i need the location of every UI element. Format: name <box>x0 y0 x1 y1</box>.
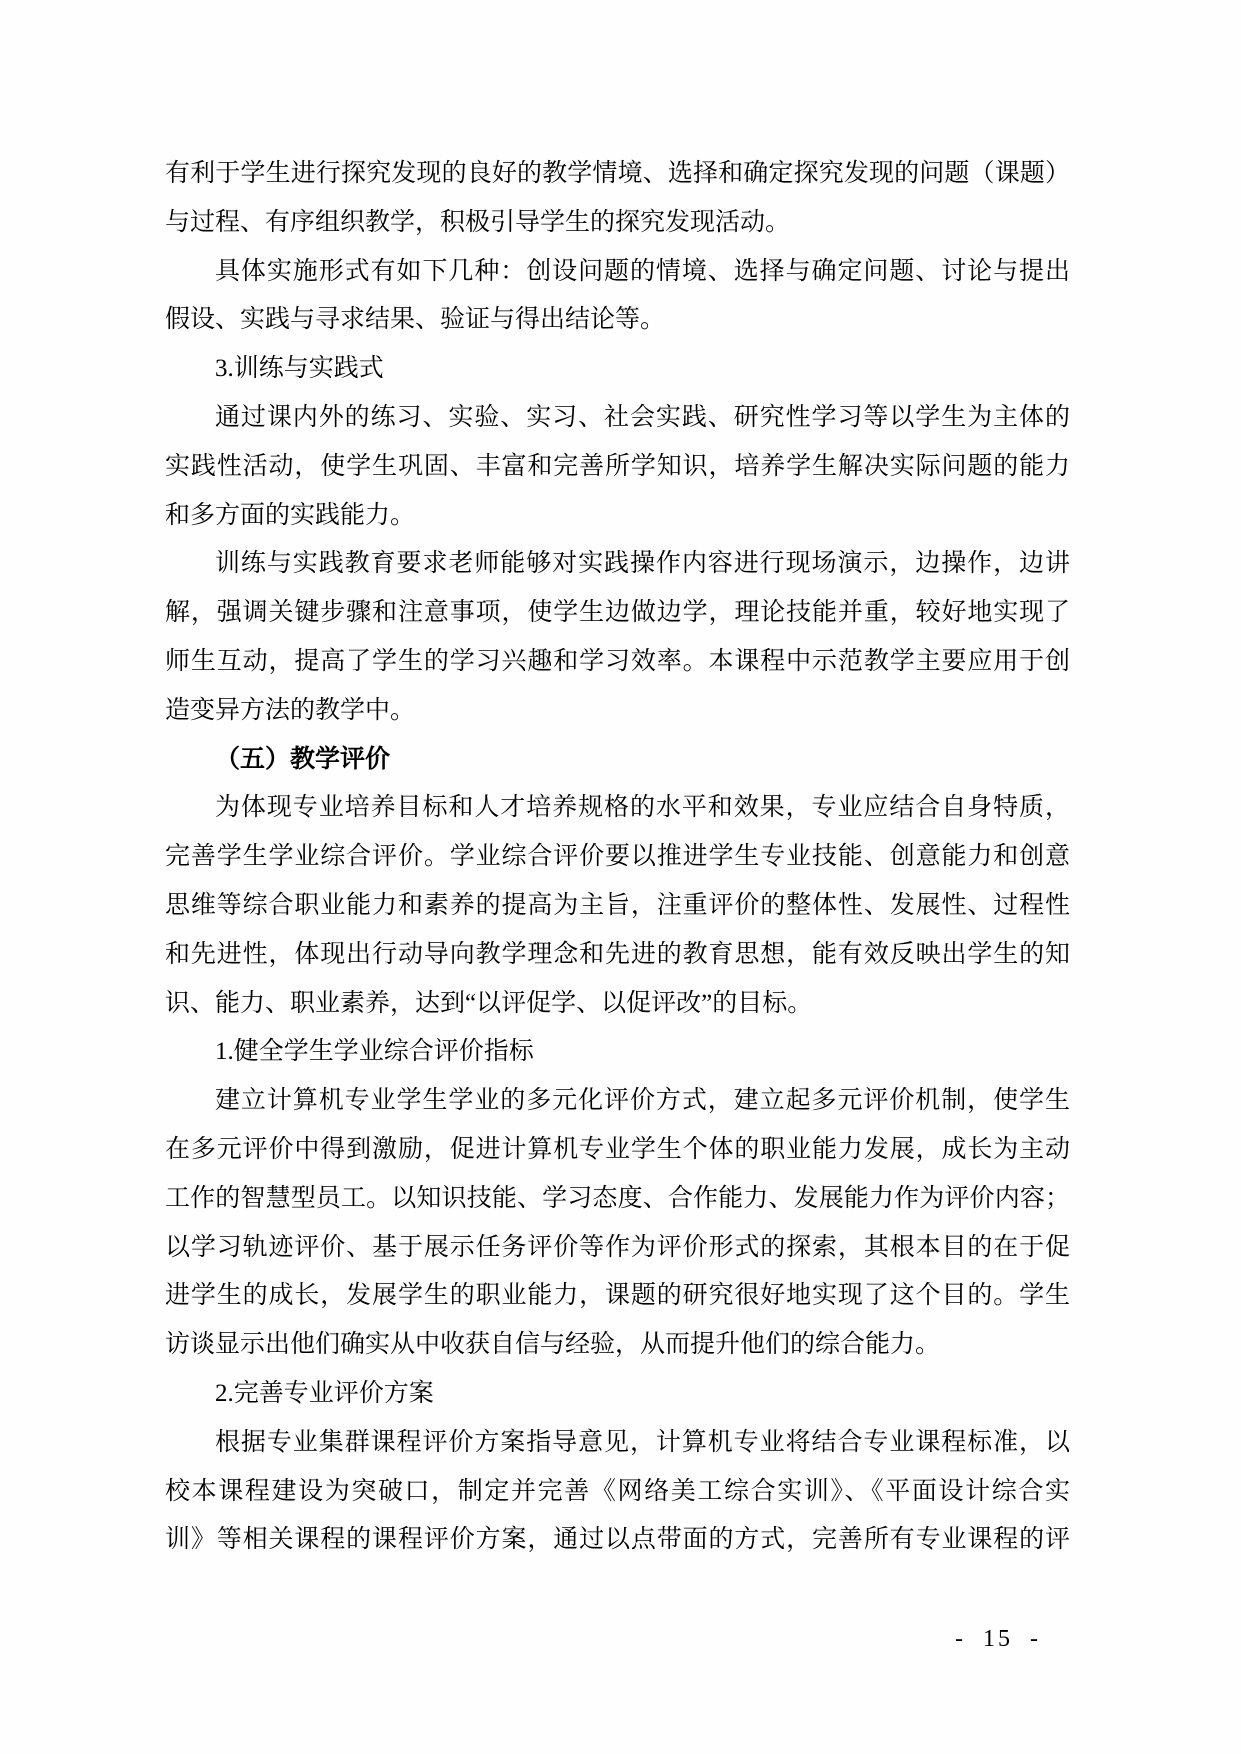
text-line: 以学习轨迹评价、基于展示任务评价等作为评价形式的探索，其根本目的在于促 <box>165 1224 1070 1273</box>
text-line: （五）教学评价 <box>165 736 1070 785</box>
text-line: 2.完善专业评价方案 <box>165 1370 1070 1419</box>
text-line: 与过程、有序组织教学，积极引导学生的探究发现活动。 <box>165 199 1070 248</box>
text-line: 为体现专业培养目标和人才培养规格的水平和效果，专业应结合自身特质， <box>165 784 1070 833</box>
text-line: 建立计算机专业学生学业的多元化评价方式，建立起多元评价机制，使学生 <box>165 1077 1070 1126</box>
text-line: 完善学生学业综合评价。学业综合评价要以推进学生专业技能、创意能力和创意 <box>165 833 1070 882</box>
text-line: 师生互动，提高了学生的学习兴趣和学习效率。本课程中示范教学主要应用于创 <box>165 638 1070 687</box>
text-line: 访谈显示出他们确实从中收获自信与经验，从而提升他们的综合能力。 <box>165 1321 1070 1370</box>
text-line: 通过课内外的练习、实验、实习、社会实践、研究性学习等以学生为主体的 <box>165 394 1070 443</box>
text-line: 在多元评价中得到激励，促进计算机专业学生个体的职业能力发展，成长为主动 <box>165 1126 1070 1175</box>
text-line: 校本课程建设为突破口，制定并完善《网络美工综合实训》、《平面设计综合实 <box>165 1468 1070 1517</box>
text-line: 训练与实践教育要求老师能够对实践操作内容进行现场演示，边操作，边讲 <box>165 540 1070 589</box>
text-line: 有利于学生进行探究发现的良好的教学情境、选择和确定探究发现的问题（课题） <box>165 150 1070 199</box>
text-line: 具体实施形式有如下几种：创设问题的情境、选择与确定问题、讨论与提出 <box>165 248 1070 297</box>
text-line: 工作的智慧型员工。以知识技能、学习态度、合作能力、发展能力作为评价内容； <box>165 1175 1070 1224</box>
text-line: 3.训练与实践式 <box>165 345 1070 394</box>
page-number: - 15 - <box>955 1626 1041 1653</box>
text-line: 思维等综合职业能力和素养的提高为主旨，注重评价的整体性、发展性、过程性 <box>165 882 1070 931</box>
text-line: 解，强调关键步骤和注意事项，使学生边做边学，理论技能并重，较好地实现了 <box>165 589 1070 638</box>
text-line: 假设、实践与寻求结果、验证与得出结论等。 <box>165 296 1070 345</box>
document-page: 有利于学生进行探究发现的良好的教学情境、选择和确定探究发现的问题（课题）与过程、… <box>0 0 1241 1754</box>
text-line: 造变异方法的教学中。 <box>165 687 1070 736</box>
text-line: 进学生的成长，发展学生的职业能力，课题的研究很好地实现了这个目的。学生 <box>165 1272 1070 1321</box>
text-line: 训》等相关课程的课程评价方案，通过以点带面的方式，完善所有专业课程的评 <box>165 1516 1070 1565</box>
text-line: 和先进性，体现出行动导向教学理念和先进的教育思想，能有效反映出学生的知 <box>165 931 1070 980</box>
text-line: 识、能力、职业素养，达到“以评促学、以促评改”的目标。 <box>165 980 1070 1029</box>
text-line: 和多方面的实践能力。 <box>165 492 1070 541</box>
document-body: 有利于学生进行探究发现的良好的教学情境、选择和确定探究发现的问题（课题）与过程、… <box>165 150 1070 1565</box>
text-line: 实践性活动，使学生巩固、丰富和完善所学知识，培养学生解决实际问题的能力 <box>165 443 1070 492</box>
text-line: 1.健全学生学业综合评价指标 <box>165 1028 1070 1077</box>
text-line: 根据专业集群课程评价方案指导意见，计算机专业将结合专业课程标准，以 <box>165 1419 1070 1468</box>
